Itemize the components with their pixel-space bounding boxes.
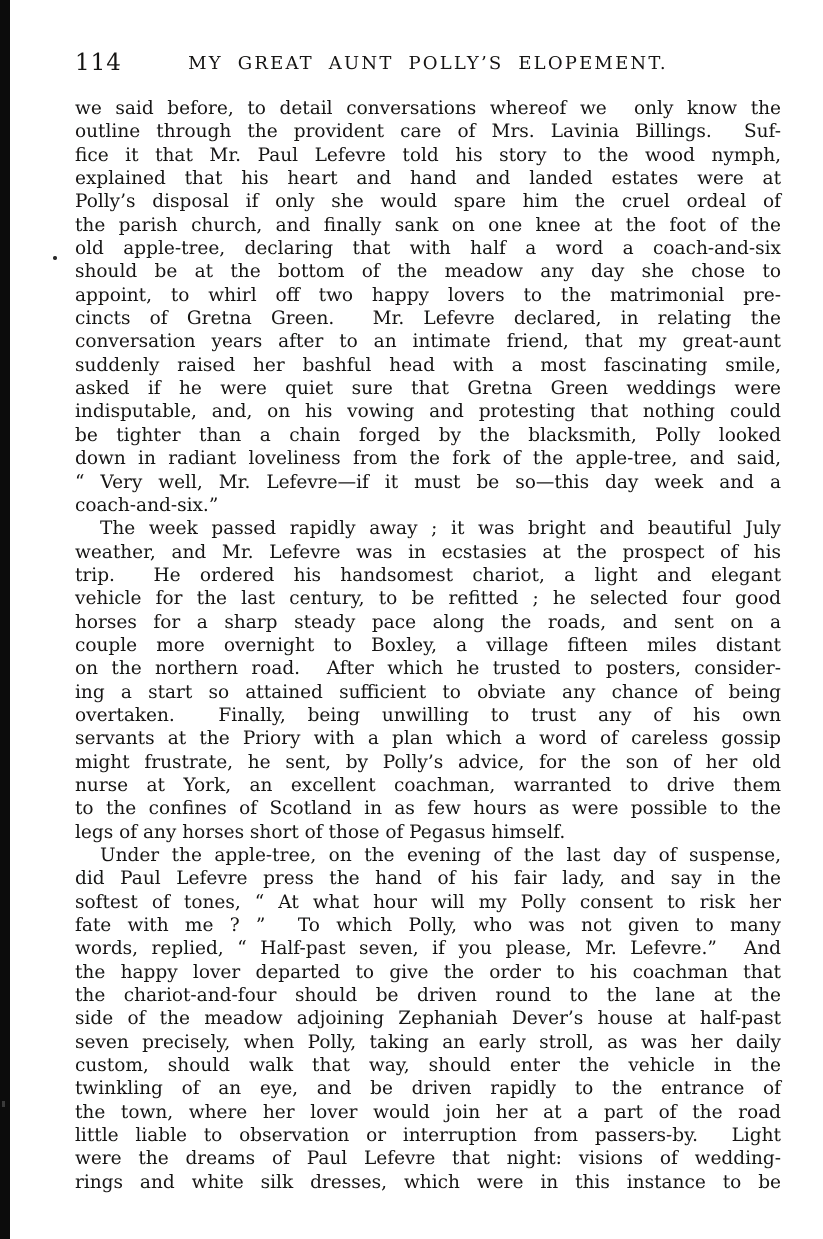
text-line: appoint, to whirl off two happy lovers t… xyxy=(75,284,781,307)
text-line: “ Very well, Mr. Lefevre—if it must be s… xyxy=(75,471,781,494)
text-line: words, replied, “ Half-past seven, if yo… xyxy=(75,937,781,960)
paragraph: Under the apple-tree, on the evening of … xyxy=(75,844,781,1194)
text-line: be tighter than a chain forged by the bl… xyxy=(75,424,781,447)
text-line: Polly’s disposal if only she would spare… xyxy=(75,190,781,213)
text-line: indisputable, and, on his vowing and pro… xyxy=(75,400,781,423)
text-line: trip. He ordered his handsomest chariot,… xyxy=(75,564,781,587)
text-line: servants at the Priory with a plan which… xyxy=(75,727,781,750)
text-line: on the northern road. After which he tru… xyxy=(75,657,781,680)
ink-speck xyxy=(53,256,57,260)
text-line: asked if he were quiet sure that Gretna … xyxy=(75,377,781,400)
text-line: down in radiant loveliness from the fork… xyxy=(75,447,781,470)
text-line: side of the meadow adjoining Zephaniah D… xyxy=(75,1007,781,1030)
text-line: The week passed rapidly away ; it was br… xyxy=(75,517,781,540)
scan-edge-artifact xyxy=(0,0,10,1239)
text-line: suddenly raised her bashful head with a … xyxy=(75,354,781,377)
paragraph: we said before, to detail conversations … xyxy=(75,97,781,517)
text-line: couple more overnight to Boxley, a villa… xyxy=(75,634,781,657)
text-line: the chariot-and-four should be driven ro… xyxy=(75,984,781,1007)
text-line: nurse at York, an excellent coachman, wa… xyxy=(75,774,781,797)
text-line: custom, should walk that way, should ent… xyxy=(75,1054,781,1077)
text-line: weather, and Mr. Lefevre was in ecstasie… xyxy=(75,541,781,564)
page-number: 114 xyxy=(75,50,122,76)
text-line: old apple-tree, declaring that with half… xyxy=(75,237,781,260)
text-line: outline through the provident care of Mr… xyxy=(75,120,781,143)
text-line: Under the apple-tree, on the evening of … xyxy=(75,844,781,867)
text-line: were the dreams of Paul Lefevre that nig… xyxy=(75,1147,781,1170)
text-line: the parish church, and finally sank on o… xyxy=(75,214,781,237)
text-line: legs of any horses short of those of Peg… xyxy=(75,821,781,844)
running-title: MY GREAT AUNT POLLY’S ELOPEMENT. xyxy=(75,50,781,74)
text-line: fate with me ? ” To which Polly, who was… xyxy=(75,914,781,937)
text-line: the town, where her lover would join her… xyxy=(75,1101,781,1124)
text-line: coach-and-six.” xyxy=(75,494,781,517)
text-line: vehicle for the last century, to be refi… xyxy=(75,587,781,610)
text-line: to the confines of Scotland in as few ho… xyxy=(75,797,781,820)
book-page: 114 MY GREAT AUNT POLLY’S ELOPEMENT. we … xyxy=(0,0,823,1239)
text-line: fice it that Mr. Paul Lefevre told his s… xyxy=(75,144,781,167)
paragraph: The week passed rapidly away ; it was br… xyxy=(75,517,781,844)
text-line: did Paul Lefevre press the hand of his f… xyxy=(75,867,781,890)
text-line: horses for a sharp steady pace along the… xyxy=(75,611,781,634)
text-line: the happy lover departed to give the ord… xyxy=(75,961,781,984)
page-header: 114 MY GREAT AUNT POLLY’S ELOPEMENT. xyxy=(75,50,781,76)
text-line: rings and white silk dresses, which were… xyxy=(75,1171,781,1194)
text-line: softest of tones, “ At what hour will my… xyxy=(75,891,781,914)
text-line: seven precisely, when Polly, taking an e… xyxy=(75,1031,781,1054)
ink-speck xyxy=(2,1101,5,1107)
text-line: conversation years after to an intimate … xyxy=(75,330,781,353)
text-line: should be at the bottom of the meadow an… xyxy=(75,260,781,283)
text-line: twinkling of an eye, and be driven rapid… xyxy=(75,1077,781,1100)
text-line: explained that his heart and hand and la… xyxy=(75,167,781,190)
text-line: cincts of Gretna Green. Mr. Lefevre decl… xyxy=(75,307,781,330)
body-text: we said before, to detail conversations … xyxy=(75,97,781,1194)
text-line: ing a start so attained sufficient to ob… xyxy=(75,681,781,704)
text-line: little liable to observation or interrup… xyxy=(75,1124,781,1147)
text-line: might frustrate, he sent, by Polly’s adv… xyxy=(75,751,781,774)
text-line: overtaken. Finally, being unwilling to t… xyxy=(75,704,781,727)
text-line: we said before, to detail conversations … xyxy=(75,97,781,120)
